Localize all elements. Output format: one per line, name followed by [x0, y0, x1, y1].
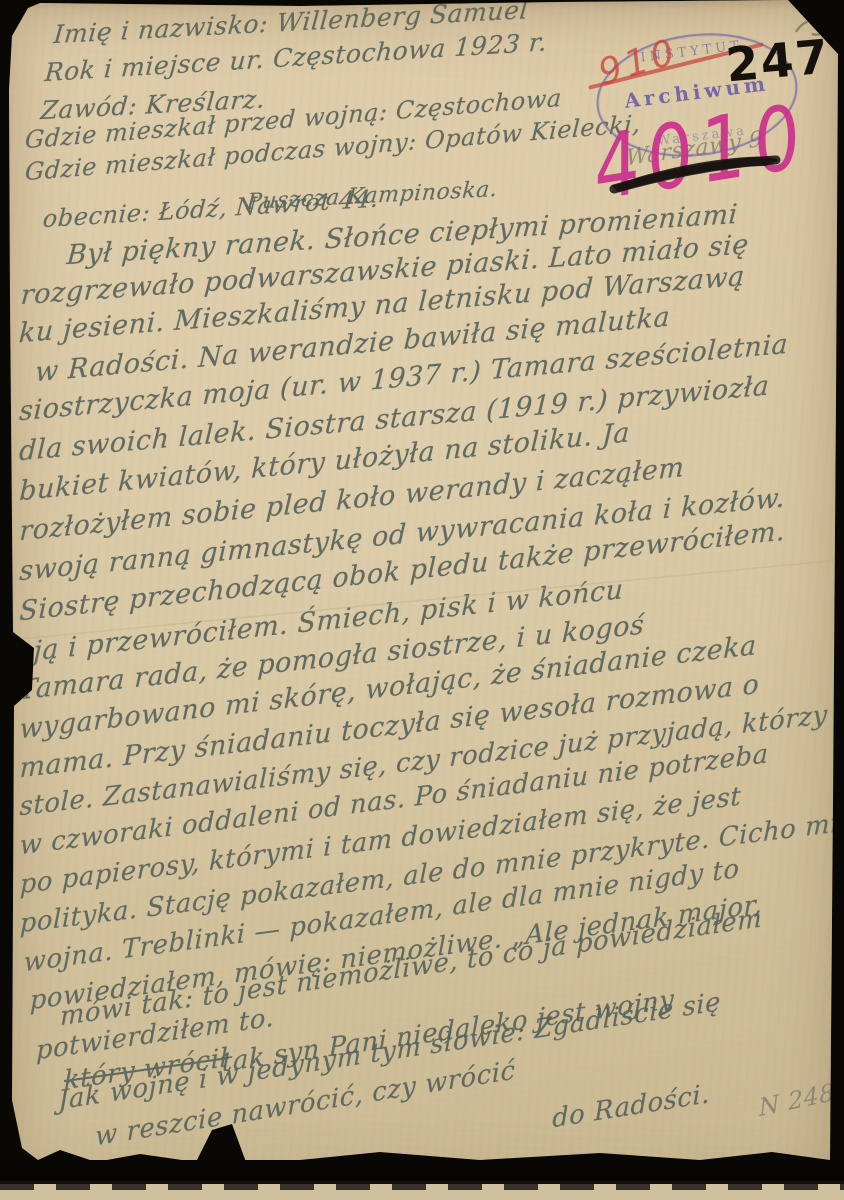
document-scan: Imię i nazwisko: Willenberg SamuelRok i … — [0, 0, 844, 1200]
paper-sheet: Imię i nazwisko: Willenberg SamuelRok i … — [0, 0, 844, 1200]
next-page-edge — [0, 1181, 844, 1200]
next-page-dashes — [0, 1184, 844, 1190]
black-catalog-number: 247 — [724, 30, 833, 94]
